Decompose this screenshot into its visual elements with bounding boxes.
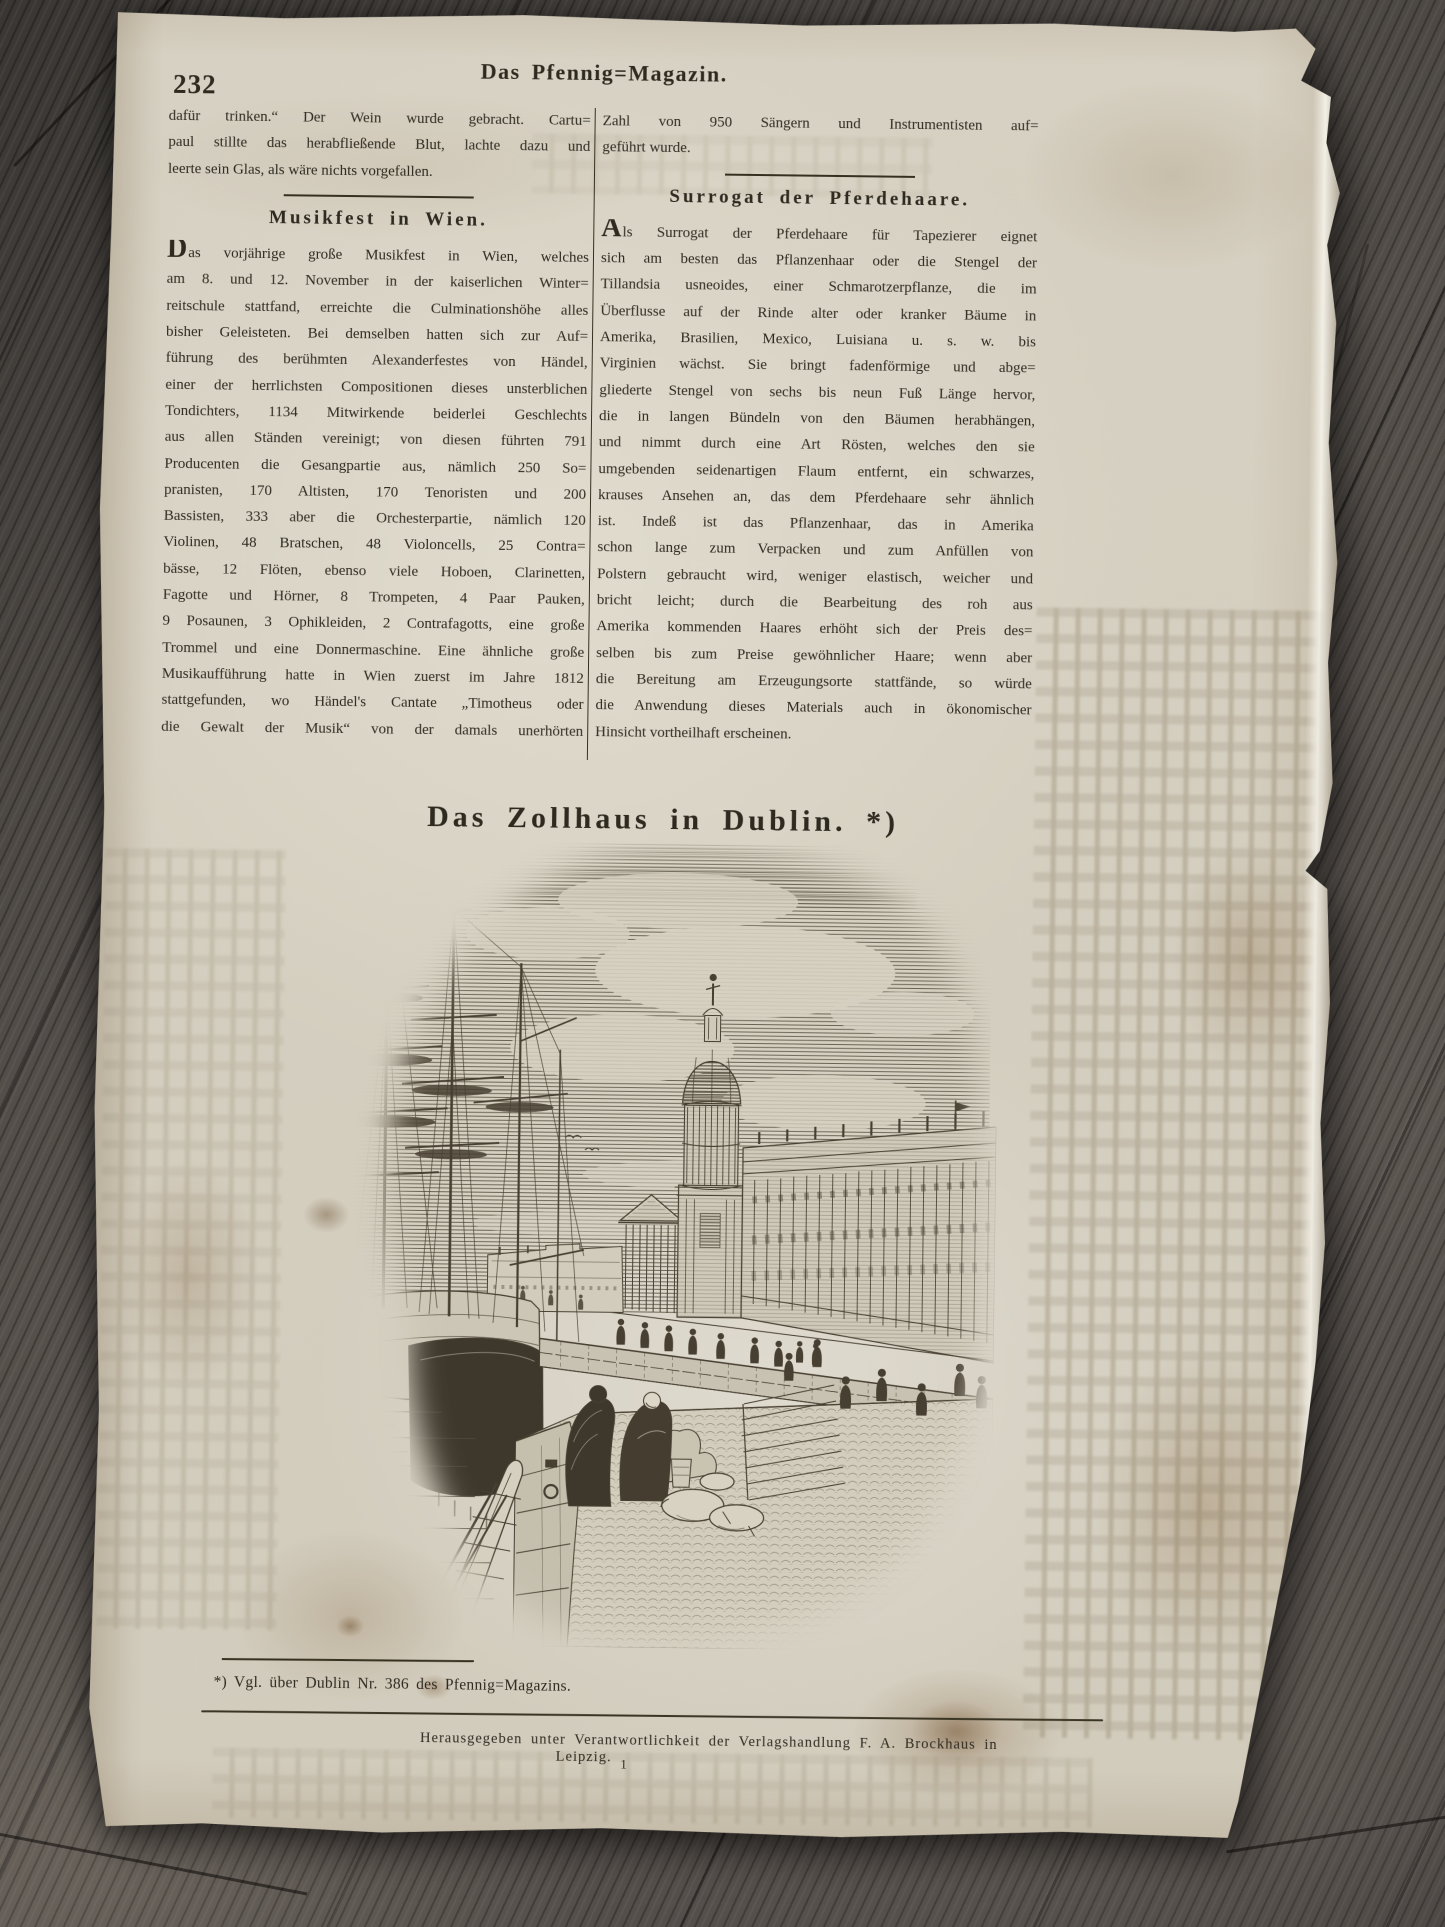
water-stain (1021, 79, 1323, 273)
column-right: Zahl von 950 Sängern und Instrumentisten… (595, 108, 1039, 765)
masthead-title: Das Pfennig=Magazin. (169, 55, 1039, 92)
verso-showthrough-text (96, 848, 286, 1630)
text-line: die Gewalt der Musik“ von der damals une… (161, 713, 583, 744)
verso-showthrough-text (1023, 607, 1323, 1740)
text-columns: dafür trinken.“ Der Wein wurde gebracht.… (161, 103, 1039, 766)
imprint-rule (201, 1710, 1103, 1721)
magazine-page: 232 Das Pfennig=Magazin. dafür trinken.“… (82, 8, 1344, 1845)
text-line: leerte sein Glas, als wäre nichts vorgef… (168, 155, 590, 186)
continuation-paragraph: Zahl von 950 Sängern und Instrumentisten… (602, 108, 1039, 166)
text-line: Hinsicht vortheilhaft erscheinen. (595, 719, 1031, 751)
custom-house-engraving (317, 839, 1000, 1652)
article-heading-musikfest: Musikfest in Wien. (167, 204, 589, 235)
footnote-rule (222, 1658, 474, 1662)
article-paragraph-surrogat: Als Surrogat der Pferdehaare für Tapezie… (595, 219, 1037, 750)
foxing-stain (1094, 1350, 1318, 1663)
photograph-of-magazine-page: { "page": { "number": "232", "masthead":… (0, 0, 1445, 1927)
article-heading-surrogat: Surrogat der Pferdehaare. (602, 183, 1038, 215)
section-rule (284, 194, 474, 198)
foxing-stain (1171, 841, 1324, 1073)
feature-headline: Das Zollhaus in Dublin. *) (160, 797, 1030, 842)
column-left: dafür trinken.“ Der Wein wurde gebracht.… (161, 103, 591, 760)
continuation-paragraph: dafür trinken.“ Der Wein wurde gebracht.… (168, 103, 591, 187)
paper-sheet-wrapper: 232 Das Pfennig=Magazin. dafür trinken.“… (104, 8, 1344, 1830)
section-rule (725, 173, 915, 177)
wood-plank-seam (0, 1831, 307, 1895)
foxing-stain (117, 1158, 260, 1390)
text-line: geführt wurde. (602, 134, 1038, 166)
foxing-stain (852, 1667, 1064, 1800)
footnote-text: *) Vgl. über Dublin Nr. 386 des Pfennig=… (213, 1673, 571, 1695)
gutter-shading (82, 8, 164, 1831)
article-paragraph-musikfest: Das vorjährige große Musikfest in Wien, … (161, 240, 589, 745)
